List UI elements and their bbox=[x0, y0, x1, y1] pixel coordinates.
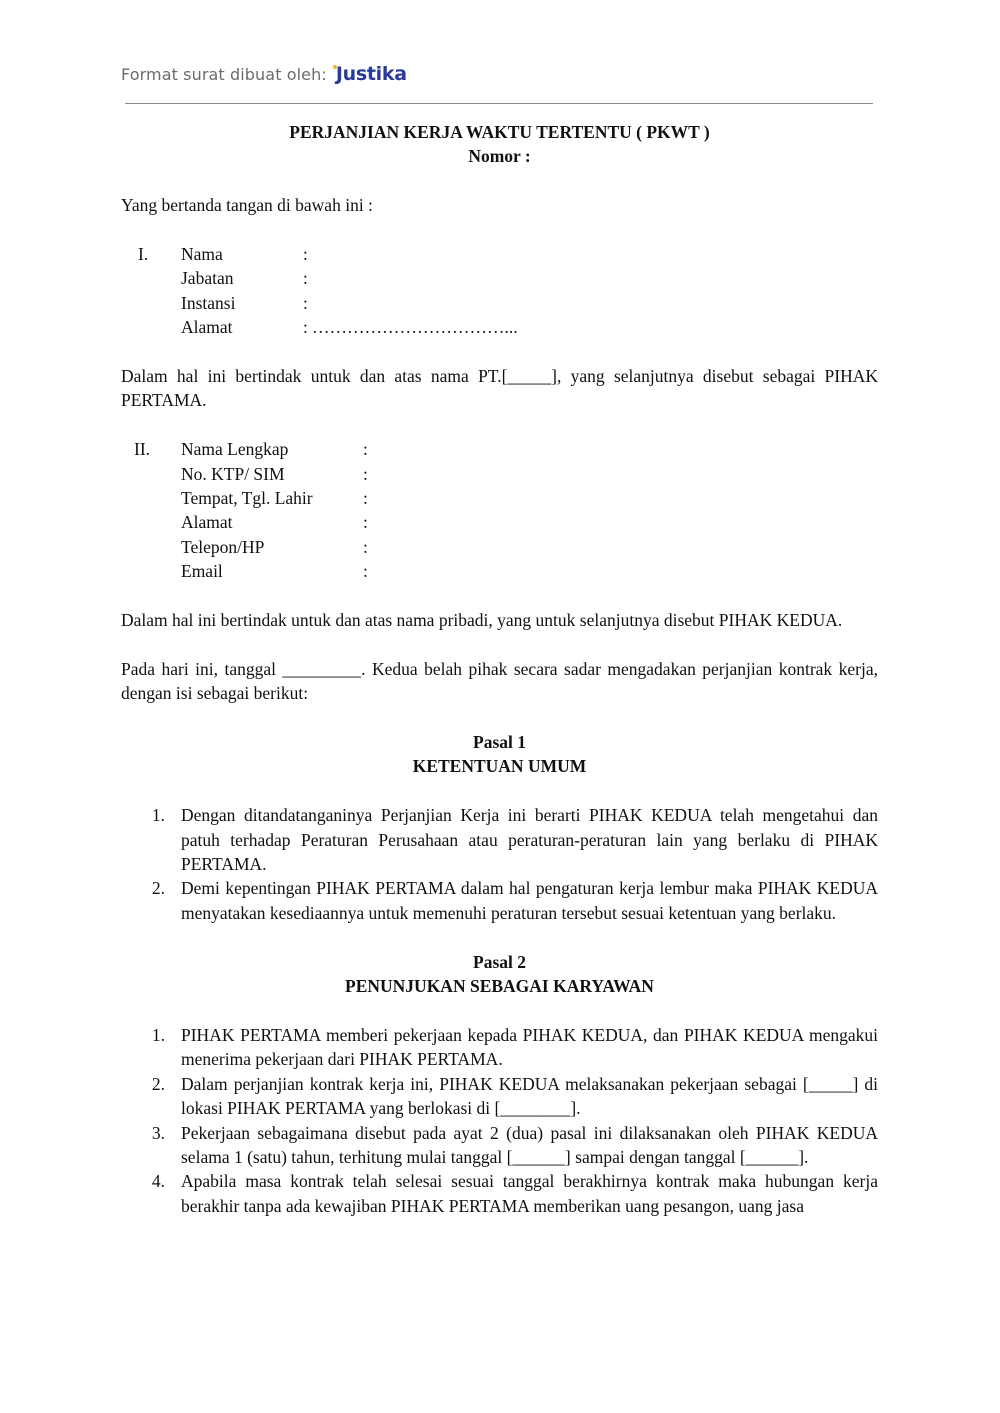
party-one-numeral: I. bbox=[121, 242, 181, 266]
clause-text: Dengan ditandatanganinya Perjanjian Kerj… bbox=[181, 803, 878, 876]
clause-text: Dalam perjanjian kontrak kerja ini, PIHA… bbox=[181, 1072, 878, 1121]
clause-item: 2. Demi kepentingan PIHAK PERTAMA dalam … bbox=[121, 876, 878, 925]
article-clauses: 1. PIHAK PERTAMA memberi pekerjaan kepad… bbox=[121, 1023, 878, 1218]
clause-number: 1. bbox=[121, 1023, 181, 1072]
field-value bbox=[383, 559, 878, 583]
article-title: PENUNJUKAN SEBAGAI KARYAWAN bbox=[121, 974, 878, 998]
field-value bbox=[323, 242, 878, 266]
field-label: Alamat bbox=[181, 510, 363, 534]
field-sep: : bbox=[303, 291, 323, 315]
document-body: PERJANJIAN KERJA WAKTU TERTENTU ( PKWT )… bbox=[121, 120, 878, 1218]
opening-statement: Pada hari ini, tanggal _________. Kedua … bbox=[121, 657, 878, 706]
party-two-numeral: II. bbox=[121, 437, 181, 461]
clause-item: 4. Apabila masa kontrak telah selesai se… bbox=[121, 1169, 878, 1218]
field-sep: : bbox=[363, 559, 383, 583]
field-value bbox=[323, 291, 878, 315]
clause-text: Apabila masa kontrak telah selesai sesua… bbox=[181, 1169, 878, 1218]
clause-item: 1. Dengan ditandatanganinya Perjanjian K… bbox=[121, 803, 878, 876]
field-value bbox=[383, 437, 878, 461]
field-value bbox=[323, 266, 878, 290]
field-sep: : bbox=[363, 535, 383, 559]
clause-number: 3. bbox=[121, 1121, 181, 1170]
field-sep: : bbox=[363, 510, 383, 534]
document-title: PERJANJIAN KERJA WAKTU TERTENTU ( PKWT ) bbox=[121, 120, 878, 144]
header-label: Format surat dibuat oleh: bbox=[121, 65, 327, 84]
field-sep: : bbox=[363, 437, 383, 461]
field-value bbox=[383, 535, 878, 559]
party-one-statement: Dalam hal ini bertindak untuk dan atas n… bbox=[121, 364, 878, 413]
field-value bbox=[383, 486, 878, 510]
field-sep: : bbox=[363, 486, 383, 510]
party-two-statement: Dalam hal ini bertindak untuk dan atas n… bbox=[121, 608, 878, 632]
intro-text: Yang bertanda tangan di bawah ini : bbox=[121, 193, 878, 217]
field-value: ……………………………... bbox=[312, 315, 878, 339]
field-label: Nama Lengkap bbox=[181, 437, 363, 461]
party-two-fields: II. Nama Lengkap : No. KTP/ SIM : Tempat… bbox=[121, 437, 878, 583]
clause-number: 1. bbox=[121, 803, 181, 876]
article-2: Pasal 2 PENUNJUKAN SEBAGAI KARYAWAN 1. P… bbox=[121, 950, 878, 1218]
clause-item: 1. PIHAK PERTAMA memberi pekerjaan kepad… bbox=[121, 1023, 878, 1072]
clause-number: 4. bbox=[121, 1169, 181, 1218]
article-title: KETENTUAN UMUM bbox=[121, 754, 878, 778]
clause-number: 2. bbox=[121, 1072, 181, 1121]
article-clauses: 1. Dengan ditandatanganinya Perjanjian K… bbox=[121, 803, 878, 925]
article-number: Pasal 1 bbox=[121, 730, 878, 754]
field-sep: : bbox=[303, 266, 323, 290]
field-label: Tempat, Tgl. Lahir bbox=[181, 486, 363, 510]
field-value bbox=[383, 510, 878, 534]
article-1: Pasal 1 KETENTUAN UMUM 1. Dengan ditanda… bbox=[121, 730, 878, 925]
field-label: No. KTP/ SIM bbox=[181, 462, 363, 486]
clause-text: PIHAK PERTAMA memberi pekerjaan kepada P… bbox=[181, 1023, 878, 1072]
header-divider bbox=[125, 103, 873, 104]
justika-logo: Justika bbox=[336, 63, 407, 85]
field-sep: : bbox=[303, 242, 323, 266]
brand-name: Justika bbox=[336, 63, 407, 85]
field-sep: : bbox=[363, 462, 383, 486]
field-label: Alamat bbox=[181, 315, 303, 339]
clause-text: Demi kepentingan PIHAK PERTAMA dalam hal… bbox=[181, 876, 878, 925]
field-label: Email bbox=[181, 559, 363, 583]
page-header: Format surat dibuat oleh: Justika bbox=[121, 60, 407, 88]
field-label: Jabatan bbox=[181, 266, 303, 290]
field-label: Instansi bbox=[181, 291, 303, 315]
field-label: Telepon/HP bbox=[181, 535, 363, 559]
document-number: Nomor : bbox=[121, 144, 878, 168]
clause-number: 2. bbox=[121, 876, 181, 925]
field-value bbox=[383, 462, 878, 486]
logo-dot-icon bbox=[333, 65, 337, 69]
field-label: Nama bbox=[181, 242, 303, 266]
party-one-fields: I. Nama : Jabatan : Instansi : Alamat : … bbox=[121, 242, 878, 340]
clause-item: 3. Pekerjaan sebagaimana disebut pada ay… bbox=[121, 1121, 878, 1170]
article-number: Pasal 2 bbox=[121, 950, 878, 974]
clause-text: Pekerjaan sebagaimana disebut pada ayat … bbox=[181, 1121, 878, 1170]
clause-item: 2. Dalam perjanjian kontrak kerja ini, P… bbox=[121, 1072, 878, 1121]
